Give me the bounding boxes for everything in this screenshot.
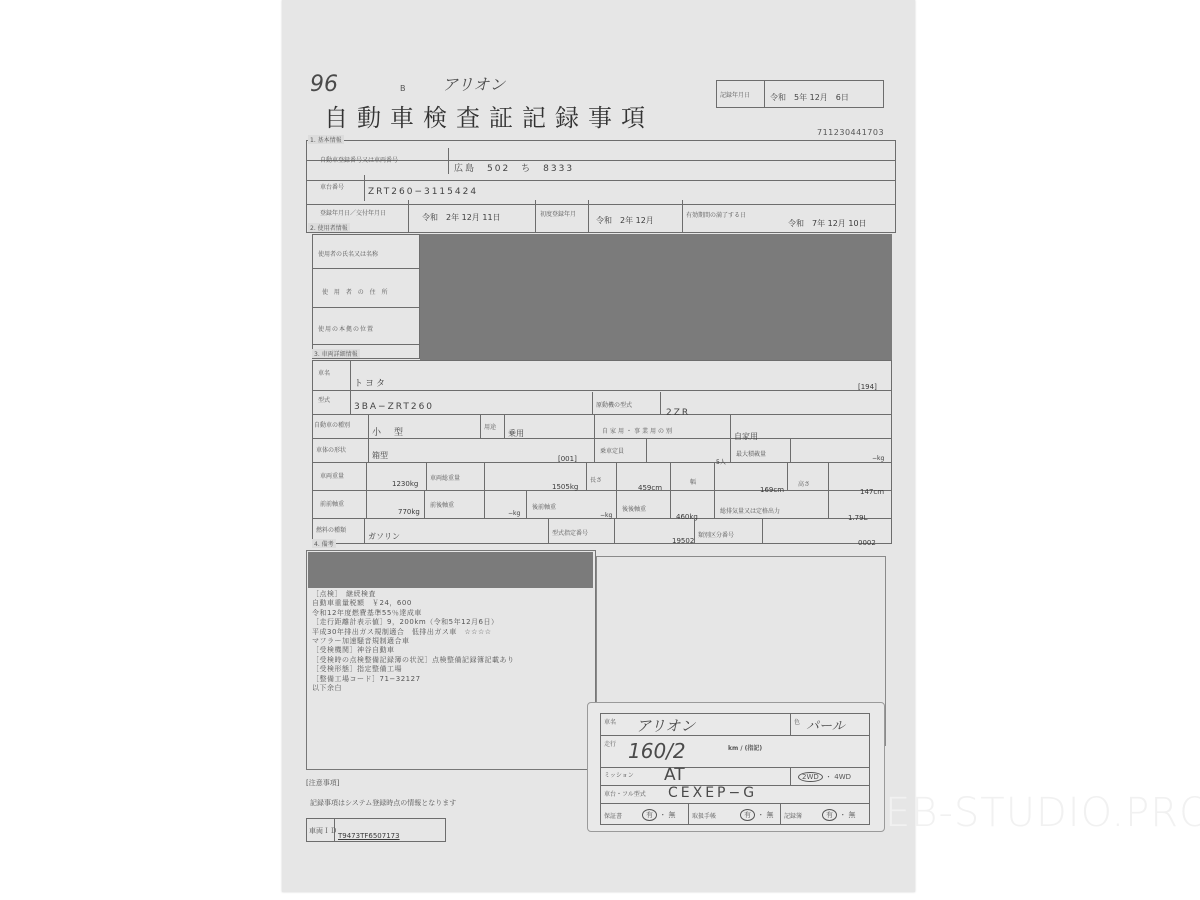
record-date-label: 記録年月日 (720, 90, 750, 99)
vehicle-type-value: 小 型 (372, 425, 405, 438)
category-value: 0002 (858, 539, 876, 547)
base-location-label: 使用の本拠の位置 (318, 324, 374, 333)
model-value: 3BA−ZRT260 (354, 402, 434, 412)
gross-weight-value: 1505kg (552, 483, 578, 491)
expiry-label: 有効期間の満了する日 (686, 210, 746, 219)
vehicle-type-label: 自動車の種別 (314, 420, 350, 429)
card-warranty-no: 無 (668, 811, 675, 819)
watermark: EB-STUDIO.PRO (885, 790, 1200, 836)
card-warranty-label: 保証書 (604, 811, 622, 820)
card-car-name-label: 車名 (604, 717, 616, 726)
first-registration-date: 令和 2年 12月 (596, 215, 654, 226)
displacement-value: 1.79L (848, 514, 868, 522)
redacted-user-info (420, 234, 892, 360)
user-name-label: 使用者の氏名又は名称 (318, 249, 378, 258)
section-4-heading: 4. 備考 (312, 539, 336, 548)
scanned-document: 96 B アリオン 自動車検査証記録事項 記録年月日 令和 5年 12月 6日 … (282, 0, 915, 892)
card-mileage: 160/2 (628, 739, 686, 763)
card-manual-no: 無 (766, 811, 773, 819)
vehicle-weight-label: 車両重量 (320, 471, 344, 480)
card-car-name: アリオン (636, 715, 695, 736)
front-rear-axle-value: −kg (508, 510, 520, 517)
card-record-yes-circled: 有 (822, 809, 837, 821)
height-value: 147cm (860, 488, 884, 496)
card-manual-label: 取扱手帳 (692, 811, 716, 820)
registration-label: 自動車登録番号又は車両番号 (320, 155, 398, 164)
card-mileage-unit: km / (指記) (728, 743, 762, 752)
private-business-label: 自家用・事業用の別 (602, 426, 674, 435)
card-transmission: AT (664, 765, 685, 785)
engine-value: 2ZR (666, 408, 690, 418)
card-transmission-label: ミッション (604, 770, 634, 779)
registration-date: 令和 2年 12月 11日 (422, 212, 501, 223)
card-manual-dot: ・ (757, 811, 764, 819)
card-color: パール (806, 715, 845, 734)
rear-front-axle-value: −kg (600, 512, 612, 519)
maker-code: [194] (858, 383, 877, 391)
card-record-dot: ・ (839, 811, 846, 819)
capacity-value: 5人 (716, 457, 726, 466)
card-color-label: 色 (794, 717, 800, 726)
length-label: 長さ (590, 475, 602, 484)
front-axle-value: 770kg (398, 508, 420, 516)
card-record-no: 無 (848, 811, 855, 819)
section-3-heading: 3. 車両詳細情報 (312, 349, 360, 358)
section-2-heading: 2. 使用者情報 (308, 223, 350, 232)
card-drive-separator: ・ (825, 773, 832, 781)
chassis-number: ZRT260−3115424 (368, 187, 478, 197)
width-label: 幅 (690, 477, 696, 486)
rear-axle-label: 後後軸重 (622, 504, 646, 513)
document-title: 自動車検査証記録事項 (324, 98, 654, 133)
body-shape-code: [001] (558, 455, 577, 463)
registration-date-label: 登録年月日／交付年月日 (320, 208, 386, 217)
fuel-label: 燃料の種類 (316, 525, 346, 534)
vehicle-id-value: T9473TF6507173 (338, 832, 400, 840)
card-grade-label: 車台・フル型式 (604, 789, 646, 798)
body-shape-value: 箱型 (372, 450, 388, 461)
width-value: 169cm (760, 486, 784, 494)
user-address-label: 使 用 者 の 住 所 (322, 287, 390, 296)
card-warranty-dot: ・ (659, 811, 666, 819)
handwritten-stock-number: 96 (310, 72, 338, 97)
vehicle-id-label: 車両ＩＤ (309, 826, 337, 836)
engine-label: 原動機の型式 (596, 400, 632, 409)
length-value: 459cm (638, 484, 662, 492)
remarks-text: ［点検］ 継続検査 自動車重量税額 ￥24，600 令和12年度燃費基準55％達… (312, 590, 515, 693)
rear-front-axle-label: 後前軸重 (532, 502, 556, 511)
fuel-value: ガソリン (368, 531, 400, 542)
front-rear-axle-label: 前後軸重 (430, 500, 454, 509)
card-mileage-label: 走行 (604, 739, 616, 748)
card-warranty-yes-circled: 有 (642, 809, 657, 821)
front-axle-label: 前前軸重 (320, 499, 344, 508)
private-business-value: 自家用 (734, 431, 758, 442)
body-shape-label: 車体の形状 (316, 445, 346, 454)
rank-mark: B (400, 84, 406, 93)
max-load-label: 最大積載量 (736, 449, 766, 458)
card-manual-yes-circled: 有 (740, 809, 755, 821)
first-registration-label: 初度登録年月 (540, 209, 576, 218)
model-label: 型式 (318, 395, 330, 404)
type-approval-value: 19502 (672, 537, 694, 545)
document-number: 711230441703 (817, 128, 884, 137)
max-load-value: −kg (872, 455, 884, 462)
registration-number: 広島 502 ち 8333 (454, 161, 574, 174)
handwritten-model: アリオン (442, 72, 505, 95)
capacity-label: 乗車定員 (600, 446, 624, 455)
use-label: 用途 (484, 422, 496, 431)
height-label: 高さ (798, 479, 810, 488)
type-approval-label: 型式指定番号 (552, 528, 588, 537)
expiry-date: 令和 7年 12月 10日 (788, 218, 867, 229)
notice-text: 記録事項はシステム登録時点の情報となります (310, 798, 456, 808)
record-date-value: 令和 5年 12月 6日 (770, 92, 849, 103)
displacement-label: 総排気量又は定格出力 (720, 506, 780, 515)
section-1-heading: 1. 基本情報 (308, 135, 344, 144)
category-label: 類別区分番号 (698, 530, 734, 539)
card-record-label: 記録簿 (784, 811, 802, 820)
card-drive-4wd: 4WD (834, 773, 851, 781)
card-drive-2wd-circled: 2WD (798, 772, 823, 782)
card-grade: CEXEP−G (668, 785, 757, 801)
maker-value: トヨタ (354, 376, 387, 389)
notice-heading: [注意事項] (306, 778, 339, 788)
maker-label: 車名 (318, 368, 330, 377)
use-value: 乗用 (508, 428, 524, 439)
vehicle-weight-value: 1230kg (392, 480, 418, 488)
gross-weight-label: 車両総重量 (430, 473, 460, 482)
chassis-label: 車台番号 (320, 182, 344, 191)
dealer-label-card: 車名 アリオン 色 パール 走行 160/2 km / (指記) ミッション A… (587, 702, 885, 832)
